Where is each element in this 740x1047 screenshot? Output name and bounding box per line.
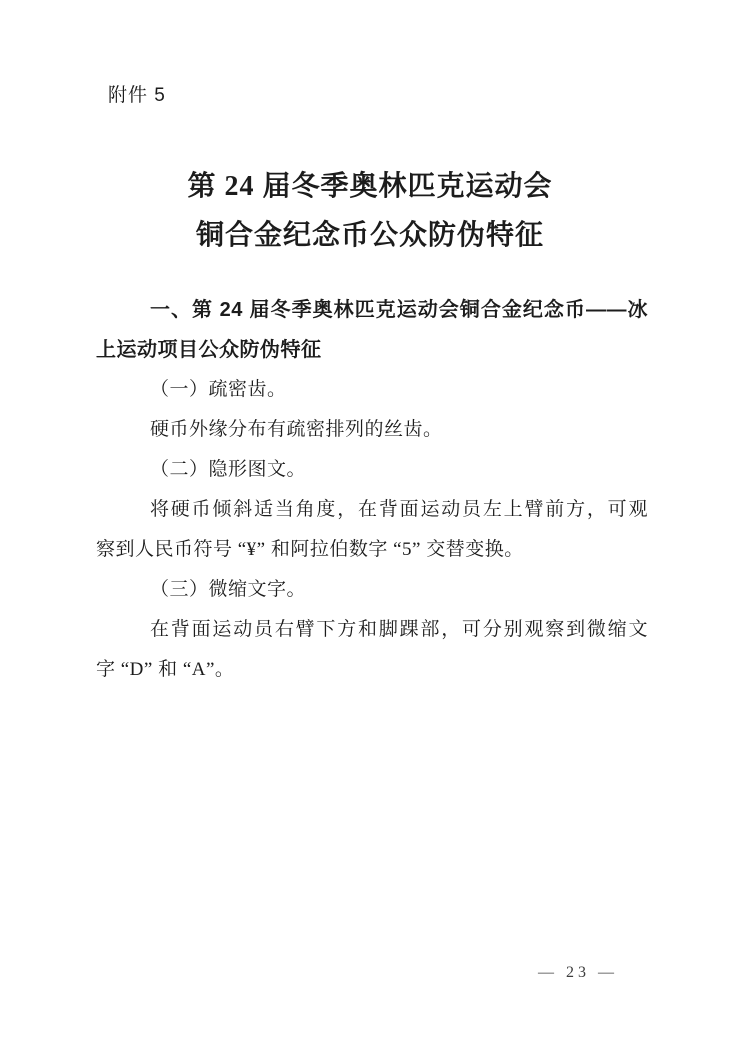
paragraph-line: 将硬币倾斜适当角度，在背面运动员左上臂前方，可观 bbox=[96, 490, 648, 530]
paragraph-item-3: （三）微缩文字。 bbox=[96, 570, 648, 610]
paragraph-line: （二）隐形图文。 bbox=[96, 450, 648, 490]
paragraph-line: 字 “D” 和 “A”。 bbox=[96, 650, 648, 690]
paragraph-line: （三）微缩文字。 bbox=[96, 570, 648, 610]
paragraph-item-2-detail: 将硬币倾斜适当角度，在背面运动员左上臂前方，可观 察到人民币符号 “¥” 和阿拉… bbox=[96, 490, 648, 570]
paragraph-line: 在背面运动员右臂下方和脚踝部，可分别观察到微缩文 bbox=[96, 610, 648, 650]
title-line-1: 第 24 届冬季奥林匹克运动会 bbox=[0, 162, 740, 211]
paragraph-item-1-detail: 硬币外缘分布有疏密排列的丝齿。 bbox=[96, 410, 648, 450]
section-heading-line: 上运动项目公众防伪特征 bbox=[96, 330, 648, 370]
document-body: 一、第 24 届冬季奥林匹克运动会铜合金纪念币——冰 上运动项目公众防伪特征 （… bbox=[96, 290, 648, 690]
page-number: — 23 — bbox=[538, 962, 618, 984]
section-heading-line: 一、第 24 届冬季奥林匹克运动会铜合金纪念币——冰 bbox=[96, 290, 648, 330]
section-heading: 一、第 24 届冬季奥林匹克运动会铜合金纪念币——冰 上运动项目公众防伪特征 bbox=[96, 290, 648, 370]
paragraph-line: 硬币外缘分布有疏密排列的丝齿。 bbox=[96, 410, 648, 450]
attachment-label: 附件 5 bbox=[108, 84, 166, 108]
document-page: 附件 5 第 24 届冬季奥林匹克运动会 铜合金纪念币公众防伪特征 一、第 24… bbox=[0, 0, 740, 1047]
paragraph-item-3-detail: 在背面运动员右臂下方和脚踝部，可分别观察到微缩文 字 “D” 和 “A”。 bbox=[96, 610, 648, 690]
paragraph-line: 察到人民币符号 “¥” 和阿拉伯数字 “5” 交替变换。 bbox=[96, 530, 648, 570]
document-title: 第 24 届冬季奥林匹克运动会 铜合金纪念币公众防伪特征 bbox=[0, 162, 740, 260]
paragraph-item-1: （一）疏密齿。 bbox=[96, 370, 648, 410]
paragraph-item-2: （二）隐形图文。 bbox=[96, 450, 648, 490]
paragraph-line: （一）疏密齿。 bbox=[96, 370, 648, 410]
title-line-2: 铜合金纪念币公众防伪特征 bbox=[0, 211, 740, 260]
